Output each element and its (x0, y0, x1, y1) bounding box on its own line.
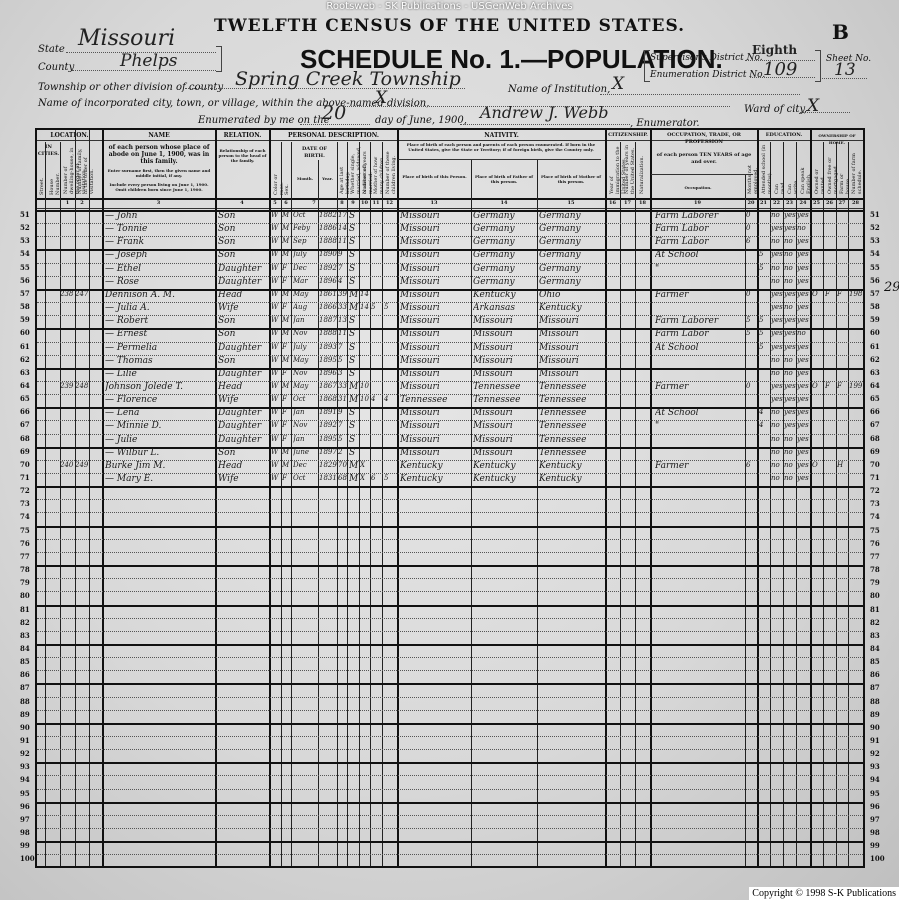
row-month: May (293, 382, 318, 390)
row-marital: M (349, 474, 359, 484)
row-bf: Missouri (473, 448, 536, 458)
row-yrs_married: 10 (360, 382, 370, 390)
naturalization-header: Naturalization. (639, 150, 645, 194)
row-dwelling: 240 (60, 461, 75, 469)
row-write: yes (784, 421, 796, 429)
row-color: W (271, 435, 281, 443)
row-bf: Missouri (473, 369, 536, 379)
row-speak: yes (797, 435, 810, 443)
col-number: 3 (102, 200, 215, 206)
line-number: 90 (20, 723, 30, 732)
row-yrs_married: X (360, 474, 370, 482)
row-sex: F (282, 408, 291, 416)
row-relation: Daughter (218, 408, 268, 418)
row-color: W (271, 211, 281, 219)
farm-house-header: Farm or house. (839, 160, 851, 194)
personal-description-header: PERSONAL DESCRIPTION. (270, 132, 397, 139)
row-bp: Missouri (400, 356, 470, 366)
row-school: 5 (759, 316, 770, 324)
year-header: Year. (318, 175, 337, 182)
line-number: 68 (870, 434, 880, 443)
line-number: 84 (870, 644, 880, 653)
row-relation: Wife (218, 395, 268, 405)
line-number: 60 (870, 328, 880, 337)
row-year: 1867 (319, 382, 337, 390)
row-living: 4 (384, 395, 396, 403)
col-number: 5 (269, 200, 281, 206)
row-marital: S (349, 343, 359, 353)
row-age: 39 (338, 290, 347, 298)
col-number: 20 (745, 200, 757, 206)
row-write: no (784, 264, 796, 272)
line-number: 54 (870, 249, 880, 258)
supervisor-value: Eighth (752, 43, 797, 57)
row-color: W (271, 408, 281, 416)
month-header: Month. (292, 175, 318, 182)
row-bf: Missouri (473, 408, 536, 418)
line-number: 92 (870, 749, 880, 758)
row-farm: F (837, 382, 848, 390)
row-marital: S (349, 211, 359, 221)
line-number: 56 (870, 276, 880, 285)
row-color: W (271, 474, 281, 482)
enumerator-name: Andrew J. Webb (480, 103, 608, 122)
row-age: 9 (338, 408, 347, 416)
row-bm: Tennessee (539, 408, 604, 418)
col-number: 16 (605, 200, 620, 206)
row-speak: yes (797, 421, 810, 429)
line-number: 60 (20, 328, 30, 337)
line-number: 94 (20, 775, 30, 784)
line-number: 63 (20, 368, 30, 377)
line-number: 81 (20, 605, 30, 614)
row-year: 1892 (319, 264, 337, 272)
line-number: 77 (870, 552, 880, 561)
row-bp: Missouri (400, 343, 470, 353)
row-mother: 5 (371, 303, 382, 311)
line-number: 73 (20, 499, 30, 508)
row-color: W (271, 250, 281, 258)
row-farm: F (837, 290, 848, 298)
col-number: 6 (281, 200, 291, 206)
row-color: W (271, 461, 281, 469)
row-bf: Germany (473, 224, 536, 234)
line-number: 78 (20, 565, 30, 574)
row-marital: S (349, 237, 359, 247)
row-month: Oct (293, 395, 318, 403)
row-age: 13 (338, 316, 347, 324)
line-number: 82 (20, 618, 30, 627)
row-sex: M (282, 316, 291, 324)
row-year: 1893 (319, 343, 337, 351)
census-page: Rootsweb - SK Publications - USGenWeb Ar… (0, 0, 899, 900)
line-number: 64 (870, 381, 880, 390)
row-unemployed: 0 (746, 290, 757, 298)
row-month: Feby (293, 224, 318, 232)
row-yrs_married: 14 (360, 303, 370, 311)
line-number: 67 (20, 420, 30, 429)
row-write: yes (784, 316, 796, 324)
row-month: Dec (293, 461, 318, 469)
row-year: 1895 (319, 356, 337, 364)
row-bm: Missouri (539, 343, 604, 353)
row-write: yes (784, 211, 796, 219)
col-number: 21 (757, 200, 770, 206)
line-number: 98 (870, 828, 880, 837)
row-write: no (784, 448, 796, 456)
row-color: W (271, 290, 281, 298)
col-number: 11 (370, 200, 382, 206)
enumerated-suffix: day of June, 1900, (375, 115, 467, 126)
row-yrs_married: 10 (360, 395, 370, 403)
row-sex: F (282, 474, 291, 482)
row-name: — Ernest (105, 329, 215, 339)
row-speak: no (797, 224, 810, 232)
row-age: 2 (338, 448, 347, 456)
row-color: W (271, 316, 281, 324)
row-age: 33 (338, 382, 347, 390)
row-relation: Head (218, 382, 268, 392)
row-sex: F (282, 369, 291, 377)
row-month: Oct (293, 474, 318, 482)
row-marital: M (349, 382, 359, 392)
line-number: 81 (870, 605, 880, 614)
row-sex: F (282, 395, 291, 403)
line-number: 94 (870, 775, 880, 784)
col-number: 1 (60, 200, 75, 206)
row-relation: Son (218, 448, 268, 458)
line-number: 51 (20, 210, 30, 219)
row-sex: M (282, 461, 291, 469)
line-number: 99 (870, 841, 880, 850)
row-month: Jan (293, 408, 318, 416)
row-bp: Missouri (400, 224, 470, 234)
row-relation: Daughter (218, 277, 268, 287)
line-number: 86 (20, 670, 30, 679)
row-name: — Tonnie (105, 224, 215, 234)
row-month: Jan (293, 435, 318, 443)
col-number: 18 (635, 200, 650, 206)
line-number: 76 (870, 539, 880, 548)
months-unemployed-header: Months not employed. (747, 162, 759, 194)
line-number: 64 (20, 381, 30, 390)
row-write: yes (784, 382, 796, 390)
row-speak: yes (797, 343, 810, 351)
row-bp: Missouri (400, 329, 470, 339)
col-number: 24 (796, 200, 810, 206)
row-year: 1895 (319, 435, 337, 443)
line-number: 55 (20, 263, 30, 272)
row-age: 31 (338, 395, 347, 403)
can-read-header: Can read. (774, 170, 786, 194)
col-number: 2 (75, 200, 89, 206)
ward-label: Ward of city, (744, 104, 807, 115)
row-marital: M (349, 395, 359, 405)
row-bp: Missouri (400, 316, 470, 326)
row-bm: Missouri (539, 329, 604, 339)
row-read: no (771, 474, 783, 482)
row-year: 1897 (319, 448, 337, 456)
row-name: — Florence (105, 395, 215, 405)
farm-schedule-header: Number of farm schedule. (851, 144, 863, 194)
row-sex: M (282, 237, 291, 245)
col-number: 23 (783, 200, 796, 206)
citizenship-header: CITIZENSHIP. (606, 132, 650, 139)
line-number: 87 (20, 683, 30, 692)
row-name: — Robert (105, 316, 215, 326)
line-number: 61 (20, 342, 30, 351)
row-relation: Son (218, 250, 268, 260)
row-write: yes (784, 224, 796, 232)
row-month: May (293, 290, 318, 298)
row-bp: Missouri (400, 290, 470, 300)
row-age: 14 (338, 224, 347, 232)
row-read: no (771, 448, 783, 456)
row-name: Burke Jim M. (105, 461, 215, 471)
row-write: no (784, 356, 796, 364)
row-read: yes (771, 250, 783, 258)
line-number: 83 (870, 631, 880, 640)
row-bp: Tennessee (400, 395, 470, 405)
row-bp: Missouri (400, 250, 470, 260)
sex-header: Sex. (284, 180, 290, 195)
row-name: — Lilie (105, 369, 215, 379)
township-value: Spring Creek Township (235, 68, 461, 90)
row-age: 33 (338, 303, 347, 311)
row-unemployed: 6 (746, 461, 757, 469)
row-speak: yes (797, 277, 810, 285)
line-number: 62 (870, 355, 880, 364)
row-write: yes (784, 290, 796, 298)
col-number: 27 (836, 200, 848, 206)
attended-school-header: Attended school (in months). (761, 144, 773, 194)
row-bp: Missouri (400, 211, 470, 221)
location-header: LOCATION. (37, 132, 102, 139)
row-read: no (771, 408, 783, 416)
row-bm: Germany (539, 224, 604, 234)
row-year: 1891 (319, 408, 337, 416)
row-name: — Julia A. (105, 303, 215, 313)
line-number: 56 (20, 276, 30, 285)
birth-father-header: Place of birth of Father of this person. (471, 174, 537, 184)
row-speak: yes (797, 250, 810, 258)
row-occupation: Farmer (655, 461, 743, 471)
line-number: 67 (870, 420, 880, 429)
row-age: 3 (338, 369, 347, 377)
row-name: — Rose (105, 277, 215, 287)
row-bm: Germany (539, 250, 604, 260)
row-school: 5 (759, 343, 770, 351)
line-number: 72 (20, 486, 30, 495)
line-number: 92 (20, 749, 30, 758)
row-name: Dennison A. M. (105, 290, 215, 300)
row-color: W (271, 277, 281, 285)
line-number: 71 (870, 473, 880, 482)
line-number: 95 (20, 789, 30, 798)
street-header: Street. (39, 170, 45, 195)
row-marital: M (349, 290, 359, 300)
line-number: 70 (20, 460, 30, 469)
row-unemployed: 6 (746, 237, 757, 245)
row-bf: Germany (473, 250, 536, 260)
house-number-header: House Number. (49, 160, 61, 195)
row-schedule: 198 (849, 290, 863, 298)
row-bf: Missouri (473, 356, 536, 366)
row-speak: yes (797, 211, 810, 219)
margin-note: 29 (884, 280, 899, 295)
row-relation: Wife (218, 303, 268, 313)
row-bp: Kentucky (400, 461, 470, 471)
row-bf: Missouri (473, 329, 536, 339)
row-color: W (271, 369, 281, 377)
row-marital: S (349, 316, 359, 326)
family-header: Number of family, in the order of visita… (77, 144, 95, 194)
row-age: 68 (338, 474, 347, 482)
row-farm: H (837, 461, 848, 469)
institution-value: X (612, 74, 624, 94)
line-number: 85 (870, 657, 880, 666)
row-year: 1868 (319, 395, 337, 403)
row-bm: Germany (539, 211, 604, 221)
row-speak: yes (797, 448, 810, 456)
row-bp: Missouri (400, 448, 470, 458)
row-month: Oct (293, 211, 318, 219)
line-number: 93 (20, 762, 30, 771)
row-marital: S (349, 369, 359, 379)
row-age: 5 (338, 356, 347, 364)
name-description: of each person whose place of abode on J… (107, 144, 211, 165)
row-year: 1861 (319, 290, 337, 298)
line-number: 79 (870, 578, 880, 587)
col-number: 19 (650, 200, 745, 206)
line-number: 89 (20, 710, 30, 719)
row-school: 4 (759, 421, 770, 429)
row-month: Mar (293, 277, 318, 285)
can-speak-header: Can speak English. (800, 160, 812, 194)
row-sex: F (282, 343, 291, 351)
line-number: 80 (870, 591, 880, 600)
line-number: 99 (20, 841, 30, 850)
row-marital: S (349, 264, 359, 274)
row-dwelling: 238 (60, 290, 75, 298)
row-speak: yes (797, 316, 810, 324)
row-bp: Kentucky (400, 474, 470, 484)
row-bf: Tennessee (473, 395, 536, 405)
row-mother: 4 (371, 395, 382, 403)
row-sex: M (282, 250, 291, 258)
col-number: 13 (397, 200, 471, 206)
row-bm: Kentucky (539, 303, 604, 313)
row-read: yes (771, 316, 783, 324)
row-read: no (771, 435, 783, 443)
line-number: 53 (870, 236, 880, 245)
row-year: 1886 (319, 224, 337, 232)
row-month: Nov (293, 421, 318, 429)
row-mother: 6 (371, 474, 382, 482)
line-number: 100 (20, 854, 35, 863)
line-number: 58 (20, 302, 30, 311)
row-read: yes (771, 290, 783, 298)
row-occupation: At School (655, 408, 743, 418)
line-number: 96 (20, 802, 30, 811)
row-bm: Missouri (539, 369, 604, 379)
row-occupation: Farm Laborer (655, 211, 743, 221)
row-sex: M (282, 329, 291, 337)
row-owned: O (812, 461, 823, 469)
line-number: 93 (870, 762, 880, 771)
birth-date-header: DATE OF BIRTH. (292, 146, 337, 160)
row-sex: F (282, 277, 291, 285)
row-year: 1831 (319, 474, 337, 482)
row-living: 5 (384, 474, 396, 482)
row-year: 1890 (319, 250, 337, 258)
line-number: 52 (20, 223, 30, 232)
line-number: 63 (870, 368, 880, 377)
row-sex: F (282, 421, 291, 429)
row-speak: yes (797, 461, 810, 469)
line-number: 55 (870, 263, 880, 272)
row-read: yes (771, 395, 783, 403)
row-name: — Minnie D. (105, 421, 215, 431)
row-year: 1887 (319, 316, 337, 324)
line-number: 74 (870, 512, 880, 521)
row-bf: Kentucky (473, 474, 536, 484)
name-note-1: Enter surname first, then the given name… (107, 168, 211, 178)
row-school: 5 (759, 329, 770, 337)
state-label: State (38, 44, 65, 55)
line-number: 80 (20, 591, 30, 600)
row-living: 5 (384, 303, 396, 311)
line-number: 57 (20, 289, 30, 298)
population-table: LOCATION. IN CITIES. Street. House Numbe… (35, 128, 865, 868)
row-write: no (784, 369, 796, 377)
row-sex: M (282, 356, 291, 364)
row-relation: Daughter (218, 264, 268, 274)
row-read: no (771, 264, 783, 272)
owned-rented-header: Owned or rented. (814, 160, 826, 194)
row-month: May (293, 356, 318, 364)
row-bm: Germany (539, 237, 604, 247)
row-speak: yes (797, 382, 810, 390)
row-bf: Arkansas (473, 303, 536, 313)
row-bf: Missouri (473, 421, 536, 431)
ward-value: X (807, 96, 819, 116)
row-read: yes (771, 329, 783, 337)
row-unemployed: 5 (746, 329, 757, 337)
row-age: 9 (338, 250, 347, 258)
in-cities-header: IN CITIES. (37, 144, 60, 158)
line-number: 87 (870, 683, 880, 692)
row-bm: Tennessee (539, 395, 604, 405)
line-number: 65 (20, 394, 30, 403)
row-month: Nov (293, 329, 318, 337)
row-color: W (271, 421, 281, 429)
line-number: 91 (20, 736, 30, 745)
nativity-header: NATIVITY. (398, 132, 605, 139)
row-color: W (271, 224, 281, 232)
row-marital: M (349, 303, 359, 313)
row-read: no (771, 461, 783, 469)
row-relation: Daughter (218, 421, 268, 431)
row-owned: O (812, 290, 823, 298)
row-read: no (771, 356, 783, 364)
row-sex: M (282, 448, 291, 456)
row-bf: Germany (473, 237, 536, 247)
row-school: 5 (759, 250, 770, 258)
row-year: 1882 (319, 211, 337, 219)
line-number: 66 (20, 407, 30, 416)
col-number: 10 (359, 200, 370, 206)
